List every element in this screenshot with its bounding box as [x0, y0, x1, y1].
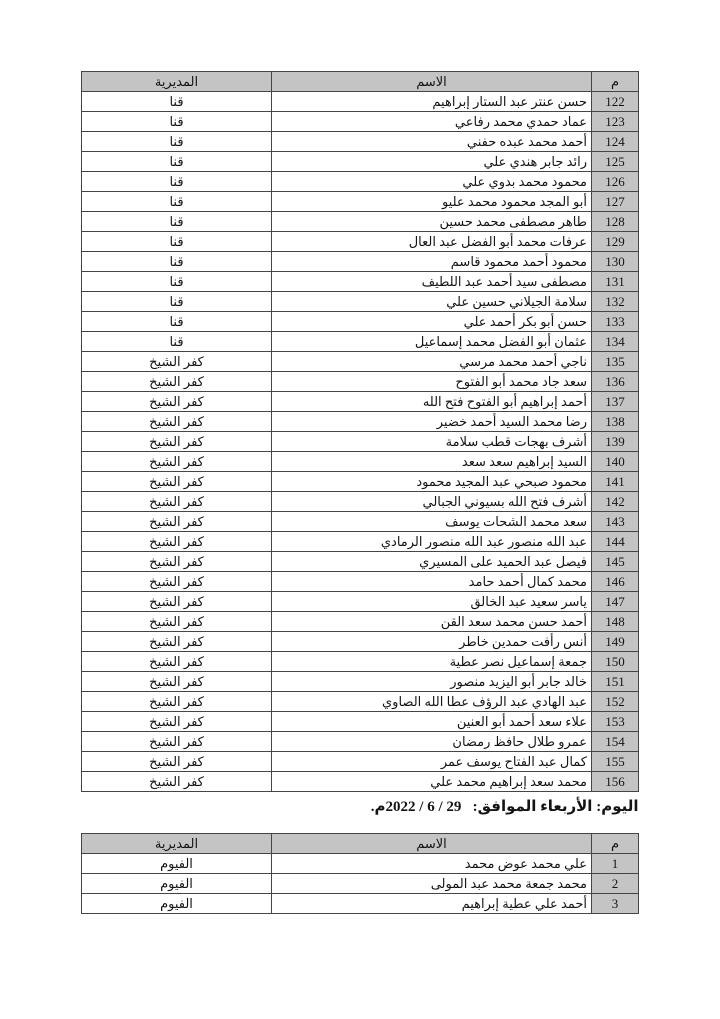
row-number: 136: [592, 372, 639, 392]
table-row: 146محمد كمال أحمد حامدكفر الشيخ: [82, 572, 639, 592]
table-row: 134عثمان أبو الفضل محمد إسماعيلقنا: [82, 332, 639, 352]
person-name: محمود صبحي عبد المجيد محمود: [272, 472, 592, 492]
header-directorate: المديرية: [82, 72, 272, 92]
person-name: حسن أبو بكر أحمد علي: [272, 312, 592, 332]
roster-table-1-body: 122حسن عنتر عبد الستار إبراهيمقنا123عماد…: [82, 92, 639, 792]
person-name: علاء سعد أحمد أبو العنين: [272, 712, 592, 732]
person-name: سعد محمد الشحات يوسف: [272, 512, 592, 532]
directorate: قنا: [82, 332, 272, 352]
row-number: 122: [592, 92, 639, 112]
person-name: عبد الله منصور عبد الله منصور الرمادي: [272, 532, 592, 552]
person-name: محمد جمعة محمد عبد المولى: [272, 874, 592, 894]
directorate: كفر الشيخ: [82, 432, 272, 452]
directorate: قنا: [82, 132, 272, 152]
person-name: فيصل عبد الحميد على المسيري: [272, 552, 592, 572]
row-number: 147: [592, 592, 639, 612]
directorate: كفر الشيخ: [82, 572, 272, 592]
table-row: 135ناجي أحمد محمد مرسيكفر الشيخ: [82, 352, 639, 372]
row-number: 133: [592, 312, 639, 332]
row-number: 155: [592, 752, 639, 772]
header-number: م: [592, 834, 639, 854]
directorate: قنا: [82, 272, 272, 292]
person-name: رضا محمد السيد أحمد خضير: [272, 412, 592, 432]
directorate: كفر الشيخ: [82, 392, 272, 412]
row-number: 151: [592, 672, 639, 692]
table-header-row: م الاسم المديرية: [82, 72, 639, 92]
row-number: 145: [592, 552, 639, 572]
row-number: 138: [592, 412, 639, 432]
row-number: 128: [592, 212, 639, 232]
row-number: 143: [592, 512, 639, 532]
person-name: أحمد علي عطية إبراهيم: [272, 894, 592, 914]
table-row: 138رضا محمد السيد أحمد خضيركفر الشيخ: [82, 412, 639, 432]
row-number: 3: [592, 894, 639, 914]
table-row: 140السيد إبراهيم سعد سعدكفر الشيخ: [82, 452, 639, 472]
row-number: 148: [592, 612, 639, 632]
row-number: 144: [592, 532, 639, 552]
row-number: 130: [592, 252, 639, 272]
directorate: قنا: [82, 172, 272, 192]
table-row: 155كمال عبد الفتاح يوسف عمركفر الشيخ: [82, 752, 639, 772]
row-number: 131: [592, 272, 639, 292]
person-name: أحمد حسن محمد سعد القن: [272, 612, 592, 632]
roster-table-2-body: 1علي محمد عوض محمدالفيوم2محمد جمعة محمد …: [82, 854, 639, 914]
person-name: عمرو طلال حافظ رمضان: [272, 732, 592, 752]
directorate: كفر الشيخ: [82, 452, 272, 472]
table-row: 153علاء سعد أحمد أبو العنينكفر الشيخ: [82, 712, 639, 732]
row-number: 135: [592, 352, 639, 372]
row-number: 142: [592, 492, 639, 512]
directorate: الفيوم: [82, 854, 272, 874]
row-number: 139: [592, 432, 639, 452]
roster-table-1: م الاسم المديرية 122حسن عنتر عبد الستار …: [81, 71, 639, 792]
row-number: 125: [592, 152, 639, 172]
directorate: كفر الشيخ: [82, 472, 272, 492]
person-name: محمد سعد إبراهيم محمد علي: [272, 772, 592, 792]
table-header-row: م الاسم المديرية: [82, 834, 639, 854]
directorate: كفر الشيخ: [82, 512, 272, 532]
person-name: عماد حمدي محمد رفاعي: [272, 112, 592, 132]
document-page: م الاسم المديرية 122حسن عنتر عبد الستار …: [0, 0, 720, 1019]
person-name: محمود أحمد محمود قاسم: [272, 252, 592, 272]
person-name: أبو المجد محمود محمد عليو: [272, 192, 592, 212]
person-name: عثمان أبو الفضل محمد إسماعيل: [272, 332, 592, 352]
table-row: 126محمود محمد بدوي عليقنا: [82, 172, 639, 192]
directorate: كفر الشيخ: [82, 752, 272, 772]
row-number: 2: [592, 874, 639, 894]
directorate: قنا: [82, 252, 272, 272]
person-name: علي محمد عوض محمد: [272, 854, 592, 874]
directorate: كفر الشيخ: [82, 552, 272, 572]
directorate: قنا: [82, 292, 272, 312]
person-name: أشرف فتح الله بسيوني الجبالي: [272, 492, 592, 512]
table-row: 130محمود أحمد محمود قاسمقنا: [82, 252, 639, 272]
row-number: 152: [592, 692, 639, 712]
directorate: كفر الشيخ: [82, 712, 272, 732]
table-row: 3أحمد علي عطية إبراهيمالفيوم: [82, 894, 639, 914]
table-row: 122حسن عنتر عبد الستار إبراهيمقنا: [82, 92, 639, 112]
table-row: 136سعد جاد محمد أبو الفتوحكفر الشيخ: [82, 372, 639, 392]
table-row: 144عبد الله منصور عبد الله منصور الرمادي…: [82, 532, 639, 552]
directorate: الفيوم: [82, 874, 272, 894]
directorate: كفر الشيخ: [82, 732, 272, 752]
table-row: 124أحمد محمد عبده حفنيقنا: [82, 132, 639, 152]
row-number: 146: [592, 572, 639, 592]
directorate: الفيوم: [82, 894, 272, 914]
directorate: قنا: [82, 92, 272, 112]
directorate: قنا: [82, 232, 272, 252]
row-number: 137: [592, 392, 639, 412]
person-name: رائد جابر هندي علي: [272, 152, 592, 172]
header-number: م: [592, 72, 639, 92]
row-number: 149: [592, 632, 639, 652]
table-row: 131مصطفى سيد أحمد عبد اللطيفقنا: [82, 272, 639, 292]
header-name: الاسم: [272, 72, 592, 92]
row-number: 156: [592, 772, 639, 792]
person-name: أحمد محمد عبده حفني: [272, 132, 592, 152]
directorate: قنا: [82, 112, 272, 132]
directorate: كفر الشيخ: [82, 492, 272, 512]
directorate: كفر الشيخ: [82, 612, 272, 632]
table-row: 133حسن أبو بكر أحمد عليقنا: [82, 312, 639, 332]
directorate: قنا: [82, 192, 272, 212]
person-name: كمال عبد الفتاح يوسف عمر: [272, 752, 592, 772]
date-line: اليوم: الأربعاء الموافق: 29 / 6 / 2022م.: [82, 796, 639, 818]
person-name: سلامة الجيلاني حسين علي: [272, 292, 592, 312]
directorate: كفر الشيخ: [82, 352, 272, 372]
person-name: محمد كمال أحمد حامد: [272, 572, 592, 592]
row-number: 154: [592, 732, 639, 752]
directorate: كفر الشيخ: [82, 772, 272, 792]
person-name: خالد جابر أبو اليزيد منصور: [272, 672, 592, 692]
table-row: 139أشرف بهجات قطب سلامةكفر الشيخ: [82, 432, 639, 452]
person-name: سعد جاد محمد أبو الفتوح: [272, 372, 592, 392]
table-row: 149أنس رأفت حمدين خاطركفر الشيخ: [82, 632, 639, 652]
person-name: السيد إبراهيم سعد سعد: [272, 452, 592, 472]
directorate: كفر الشيخ: [82, 632, 272, 652]
directorate: قنا: [82, 312, 272, 332]
table-row: 123عماد حمدي محمد رفاعيقنا: [82, 112, 639, 132]
table-row: 137أحمد إبراهيم أبو الفتوح فتح اللهكفر ا…: [82, 392, 639, 412]
table-row: 141محمود صبحي عبد المجيد محمودكفر الشيخ: [82, 472, 639, 492]
person-name: مصطفى سيد أحمد عبد اللطيف: [272, 272, 592, 292]
directorate: كفر الشيخ: [82, 412, 272, 432]
directorate: قنا: [82, 212, 272, 232]
person-name: عرفات محمد أبو الفضل عبد العال: [272, 232, 592, 252]
header-directorate: المديرية: [82, 834, 272, 854]
person-name: طاهر مصطفى محمد حسين: [272, 212, 592, 232]
table-row: 147ياسر سعيد عبد الخالقكفر الشيخ: [82, 592, 639, 612]
table-row: 156محمد سعد إبراهيم محمد عليكفر الشيخ: [82, 772, 639, 792]
directorate: كفر الشيخ: [82, 532, 272, 552]
table-row: 143سعد محمد الشحات يوسفكفر الشيخ: [82, 512, 639, 532]
directorate: كفر الشيخ: [82, 692, 272, 712]
row-number: 1: [592, 854, 639, 874]
row-number: 150: [592, 652, 639, 672]
person-name: حسن عنتر عبد الستار إبراهيم: [272, 92, 592, 112]
table-row: 128طاهر مصطفى محمد حسينقنا: [82, 212, 639, 232]
table-row: 150جمعة إسماعيل نصر عطيةكفر الشيخ: [82, 652, 639, 672]
table-row: 142أشرف فتح الله بسيوني الجباليكفر الشيخ: [82, 492, 639, 512]
directorate: كفر الشيخ: [82, 372, 272, 392]
directorate: كفر الشيخ: [82, 672, 272, 692]
table-row: 148أحمد حسن محمد سعد القنكفر الشيخ: [82, 612, 639, 632]
table-row: 2محمد جمعة محمد عبد المولىالفيوم: [82, 874, 639, 894]
person-name: أحمد إبراهيم أبو الفتوح فتح الله: [272, 392, 592, 412]
row-number: 132: [592, 292, 639, 312]
row-number: 124: [592, 132, 639, 152]
person-name: أشرف بهجات قطب سلامة: [272, 432, 592, 452]
person-name: ناجي أحمد محمد مرسي: [272, 352, 592, 372]
directorate: كفر الشيخ: [82, 592, 272, 612]
table-row: 127أبو المجد محمود محمد عليوقنا: [82, 192, 639, 212]
person-name: ياسر سعيد عبد الخالق: [272, 592, 592, 612]
row-number: 123: [592, 112, 639, 132]
table-row: 154عمرو طلال حافظ رمضانكفر الشيخ: [82, 732, 639, 752]
person-name: أنس رأفت حمدين خاطر: [272, 632, 592, 652]
row-number: 153: [592, 712, 639, 732]
table-row: 151خالد جابر أبو اليزيد منصوركفر الشيخ: [82, 672, 639, 692]
directorate: قنا: [82, 152, 272, 172]
person-name: محمود محمد بدوي علي: [272, 172, 592, 192]
page-bottom-margin: [0, 914, 720, 1014]
table-row: 125رائد جابر هندي عليقنا: [82, 152, 639, 172]
directorate: كفر الشيخ: [82, 652, 272, 672]
roster-table-2: م الاسم المديرية 1علي محمد عوض محمدالفيو…: [81, 833, 639, 914]
table-row: 1علي محمد عوض محمدالفيوم: [82, 854, 639, 874]
row-number: 134: [592, 332, 639, 352]
row-number: 126: [592, 172, 639, 192]
table-row: 132سلامة الجيلاني حسين عليقنا: [82, 292, 639, 312]
person-name: جمعة إسماعيل نصر عطية: [272, 652, 592, 672]
table-row: 129عرفات محمد أبو الفضل عبد العالقنا: [82, 232, 639, 252]
person-name: عبد الهادي عبد الرؤف عطا الله الصاوي: [272, 692, 592, 712]
table-row: 152عبد الهادي عبد الرؤف عطا الله الصاويك…: [82, 692, 639, 712]
row-number: 129: [592, 232, 639, 252]
header-name: الاسم: [272, 834, 592, 854]
table-row: 145فيصل عبد الحميد على المسيريكفر الشيخ: [82, 552, 639, 572]
row-number: 141: [592, 472, 639, 492]
row-number: 127: [592, 192, 639, 212]
row-number: 140: [592, 452, 639, 472]
